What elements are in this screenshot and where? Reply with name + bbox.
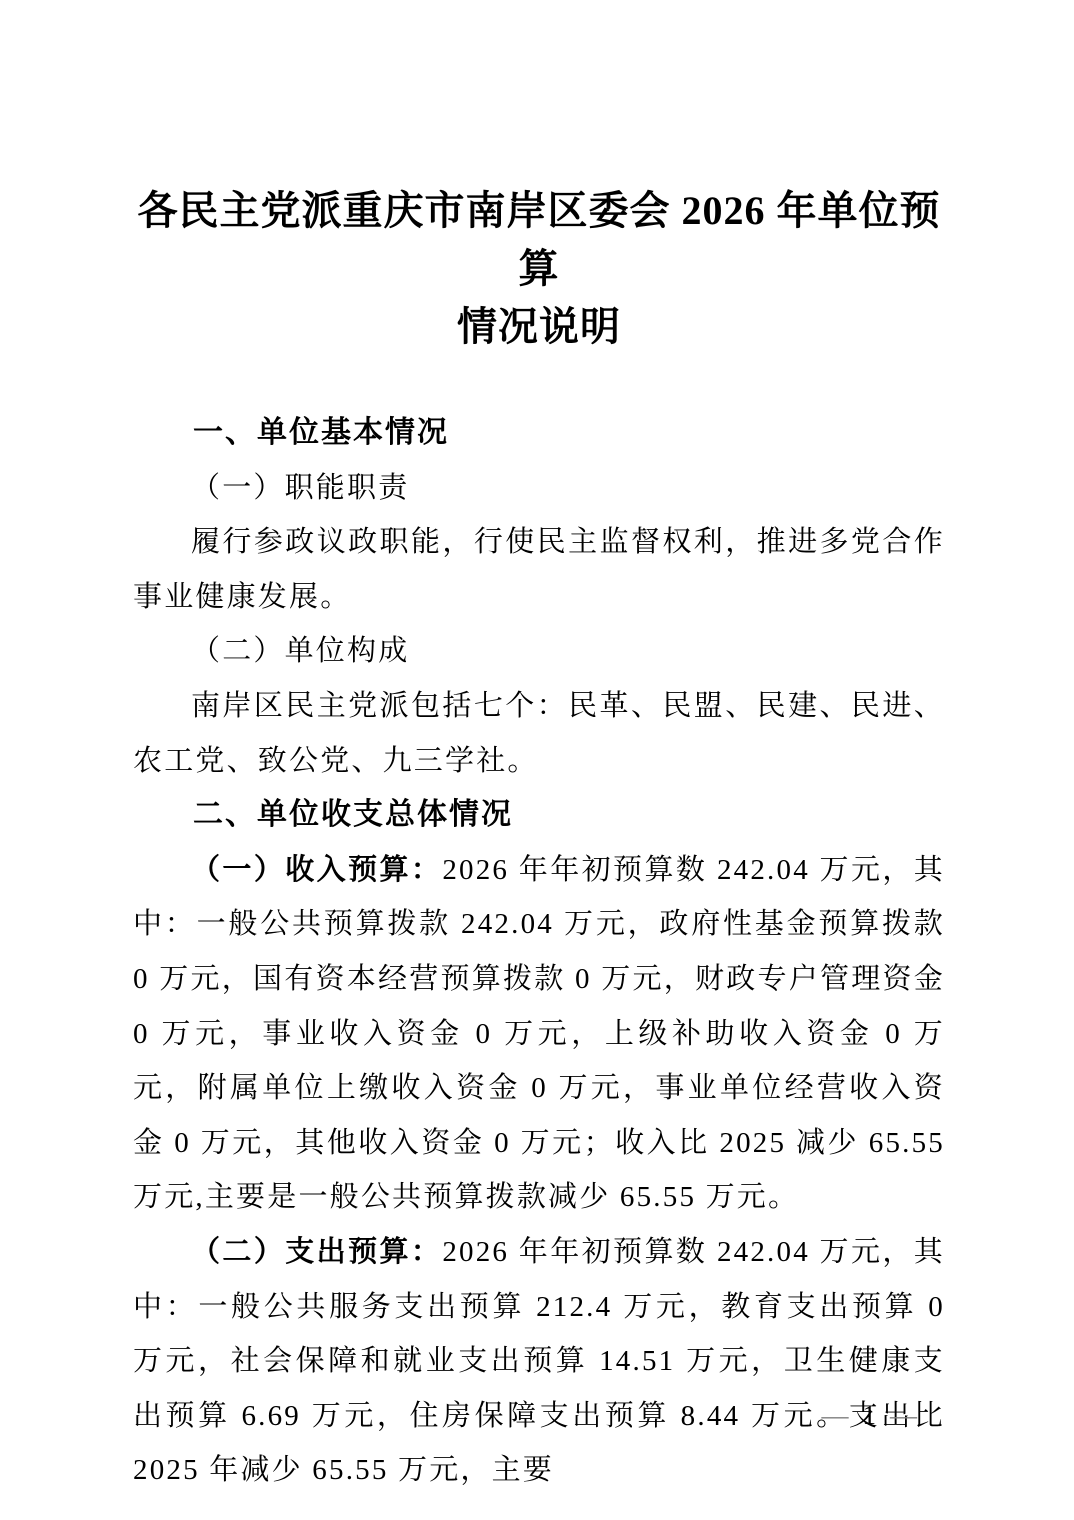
page-number: 1 xyxy=(863,1400,877,1430)
document-title-line-2: 情况说明 xyxy=(133,298,945,356)
section-1-heading: 一、单位基本情况 xyxy=(133,406,945,461)
document-title-line-1: 各民主党派重庆市南岸区委会 2026 年单位预算 xyxy=(133,182,945,298)
section-2-heading: 二、单位收支总体情况 xyxy=(133,788,945,843)
document-page: 各民主党派重庆市南岸区委会 2026 年单位预算 情况说明 一、单位基本情况 （… xyxy=(0,0,1074,1520)
page-footer: —1— xyxy=(822,1398,918,1432)
subsection-2-2-paragraph: （二）支出预算：2026 年年初预算数 242.04 万元，其中：一般公共服务支… xyxy=(133,1225,945,1498)
document-title: 各民主党派重庆市南岸区委会 2026 年单位预算 情况说明 xyxy=(133,182,945,356)
subsection-1-2-heading: （二）单位构成 xyxy=(133,624,945,679)
footer-dash-left: — xyxy=(822,1400,849,1430)
subsection-2-1-text: 2026 年年初预算数 242.04 万元，其中：一般公共预算拨款 242.04… xyxy=(133,854,945,1214)
subsection-2-1-label: （一）收入预算： xyxy=(191,854,442,886)
subsection-1-1-paragraph: 履行参政议政职能，行使民主监督权利，推进多党合作事业健康发展。 xyxy=(133,515,945,624)
footer-dash-right: — xyxy=(890,1400,917,1430)
subsection-2-1-paragraph: （一）收入预算：2026 年年初预算数 242.04 万元，其中：一般公共预算拨… xyxy=(133,843,945,1225)
subsection-1-2-paragraph: 南岸区民主党派包括七个：民革、民盟、民建、民进、农工党、致公党、九三学社。 xyxy=(133,679,945,788)
subsection-1-1-heading: （一）职能职责 xyxy=(133,461,945,516)
subsection-2-2-text: 2026 年年初预算数 242.04 万元，其中：一般公共服务支出预算 212.… xyxy=(133,1236,945,1486)
subsection-2-2-label: （二）支出预算： xyxy=(191,1236,442,1268)
